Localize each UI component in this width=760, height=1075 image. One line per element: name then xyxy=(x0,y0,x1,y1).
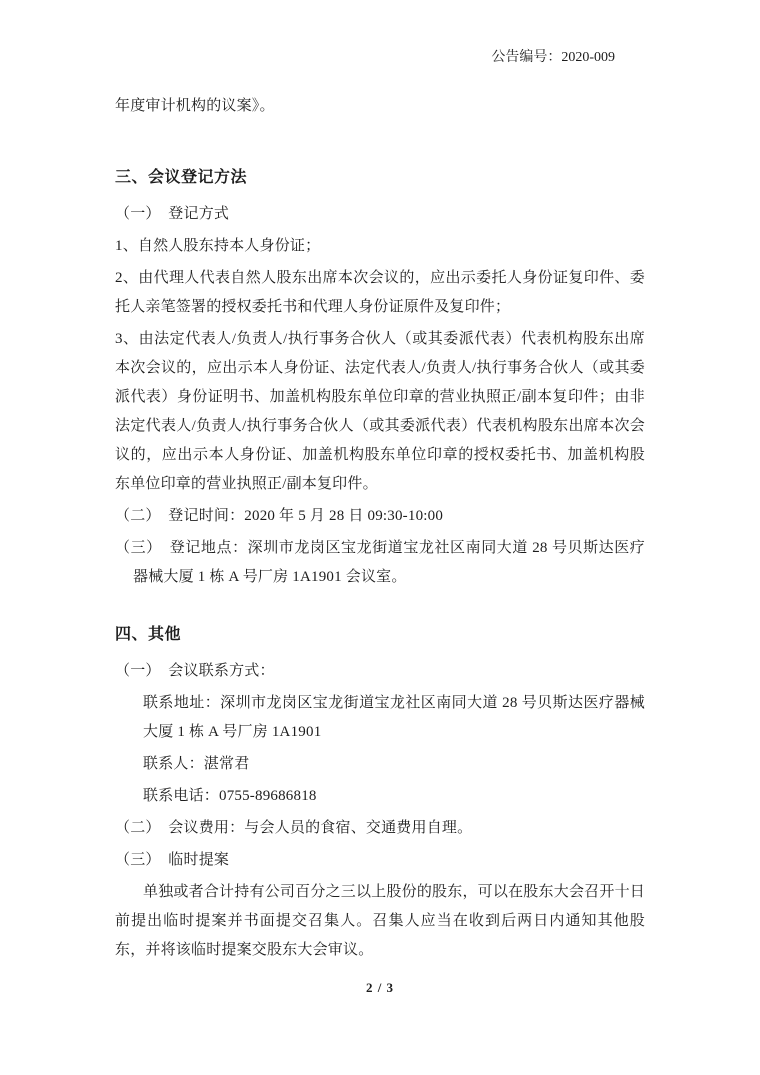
intro-fragment: 年度审计机构的议案》。 xyxy=(115,92,645,121)
paragraph-registration-place: （三） 登记地点：深圳市龙岗区宝龙街道宝龙社区南同大道 28 号贝斯达医疗器械大… xyxy=(115,534,645,592)
paragraph-item-1: 1、自然人股东持本人身份证； xyxy=(115,232,645,261)
paragraph-item-2: 2、由代理人代表自然人股东出席本次会议的，应出示委托人身份证复印件、委托人亲笔签… xyxy=(115,264,645,322)
section-heading-registration: 三、会议登记方法 xyxy=(115,168,645,187)
paragraph-meeting-cost: （二） 会议费用：与会人员的食宿、交通费用自理。 xyxy=(115,814,645,843)
section-heading-other: 四、其他 xyxy=(115,625,645,644)
document-page: 公告编号：2020-009 年度审计机构的议案》。 三、会议登记方法 （一） 登… xyxy=(0,0,760,1075)
paragraph-contact-person: 联系人：湛常君 xyxy=(115,750,645,779)
paragraph-contact-address: 联系地址：深圳市龙岗区宝龙街道宝龙社区南同大道 28 号贝斯达医疗器械大厦 1 … xyxy=(115,689,645,747)
paragraph-interim-proposal-label: （三） 临时提案 xyxy=(115,846,645,875)
paragraph-registration-method-label: （一） 登记方式 xyxy=(115,200,645,229)
paragraph-item-3: 3、由法定代表人/负责人/执行事务合伙人（或其委派代表）代表机构股东出席本次会议… xyxy=(115,325,645,499)
paragraph-registration-time: （二） 登记时间：2020 年 5 月 28 日 09:30-10:00 xyxy=(115,502,645,531)
page-number: 2 / 3 xyxy=(0,980,760,996)
announcement-number: 公告编号：2020-009 xyxy=(115,48,645,68)
paragraph-contact-label: （一） 会议联系方式： xyxy=(115,657,645,686)
paragraph-interim-proposal-body: 单独或者合计持有公司百分之三以上股份的股东，可以在股东大会召开十日前提出临时提案… xyxy=(115,878,645,965)
paragraph-contact-phone: 联系电话：0755-89686818 xyxy=(115,782,645,811)
